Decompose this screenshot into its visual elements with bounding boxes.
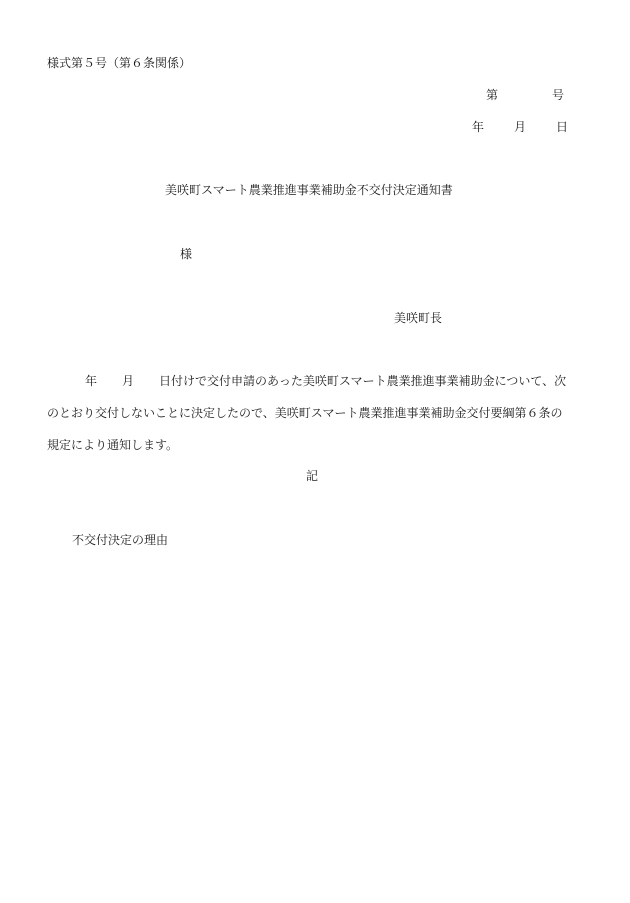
doc-number-suffix: 号: [552, 87, 564, 103]
body-line-1: 日付けで交付申請のあった美咲町スマート農業推進事業補助金について、次: [159, 373, 566, 389]
date-year: 年: [472, 119, 484, 135]
form-number: 様式第５号（第６条関係）: [47, 55, 191, 71]
document-title: 美咲町スマート農業推進事業補助金不交付決定通知書: [165, 182, 453, 198]
addressee-honorific: 様: [180, 246, 192, 262]
body-month: 月: [122, 373, 134, 389]
sender-name: 美咲町長: [394, 310, 442, 326]
date-month: 月: [514, 119, 526, 135]
body-year: 年: [85, 373, 97, 389]
reason-label: 不交付決定の理由: [72, 532, 168, 548]
date-day: 日: [556, 119, 568, 135]
doc-number-prefix: 第: [486, 87, 498, 103]
body-line-2: のとおり交付しないことに決定したので、美咲町スマート農業推進事業補助金交付要綱第…: [47, 405, 563, 421]
body-line-3: 規定により通知します。: [47, 437, 178, 453]
ki-heading: 記: [306, 468, 318, 484]
